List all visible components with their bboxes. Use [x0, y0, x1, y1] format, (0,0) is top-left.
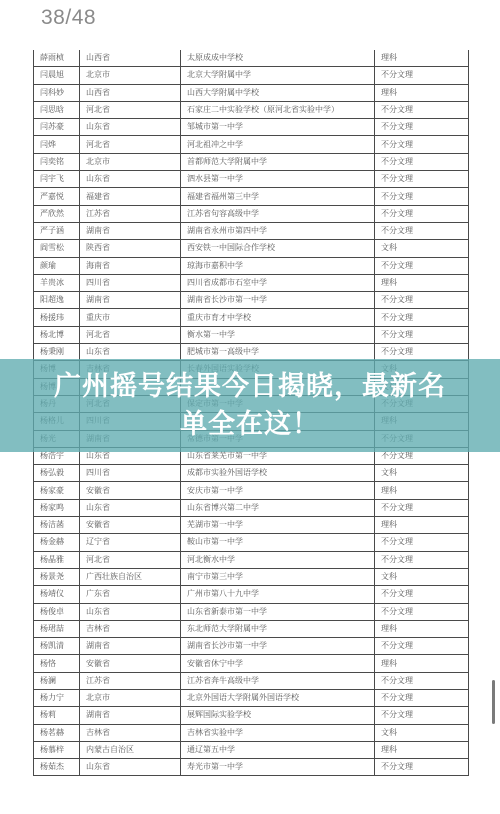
cell-track: 理科	[375, 741, 469, 758]
table-row: 杨晶雅河北省河北衡水中学不分文理	[34, 551, 469, 568]
cell-name: 闫科妙	[34, 84, 80, 101]
cell-name: 闫烨	[34, 136, 80, 153]
cell-province: 安徽省	[80, 517, 181, 534]
table-row: 颜瑜海南省琼海市嘉积中学不分文理	[34, 257, 469, 274]
table-row: 杨茹杰山东省寿光市第一中学不分文理	[34, 759, 469, 776]
cell-name: 杨北博	[34, 326, 80, 343]
cell-school: 山东省博兴第二中学	[181, 499, 375, 516]
table-row: 杨北博河北省衡水第一中学不分文理	[34, 326, 469, 343]
cell-track: 不分文理	[375, 119, 469, 136]
table-row: 杨景尧广西壮族自治区南宁市第三中学文科	[34, 568, 469, 585]
cell-school: 湖南省长沙市第一中学	[181, 292, 375, 309]
table-row: 杨恪安徽省安徽省休宁中学理科	[34, 655, 469, 672]
cell-province: 湖南省	[80, 292, 181, 309]
table-row: 严欣然江苏省江苏省句容高级中学不分文理	[34, 205, 469, 222]
cell-school: 西安铁一中国际合作学校	[181, 240, 375, 257]
cell-province: 海南省	[80, 257, 181, 274]
cell-province: 陕西省	[80, 240, 181, 257]
cell-province: 山东省	[80, 119, 181, 136]
cell-school: 琼海市嘉积中学	[181, 257, 375, 274]
cell-track: 不分文理	[375, 153, 469, 170]
cell-school: 寿光市第一中学	[181, 759, 375, 776]
cell-track: 不分文理	[375, 171, 469, 188]
cell-school: 泗水县第一中学	[181, 171, 375, 188]
cell-province: 北京市	[80, 689, 181, 706]
cell-track: 不分文理	[375, 292, 469, 309]
cell-province: 河北省	[80, 101, 181, 118]
cell-province: 四川省	[80, 465, 181, 482]
cell-track: 不分文理	[375, 136, 469, 153]
cell-name: 阎雪松	[34, 240, 80, 257]
cell-school: 太原成成中学校	[181, 50, 375, 67]
cell-province: 重庆市	[80, 309, 181, 326]
page-indicator: 38/48	[41, 6, 96, 30]
table-row: 杨靖仪广东省广州市第八十九中学不分文理	[34, 586, 469, 603]
cell-province: 辽宁省	[80, 534, 181, 551]
cell-name: 杨俊卓	[34, 603, 80, 620]
cell-province: 山西省	[80, 50, 181, 67]
table-row: 阳超逸湖南省湖南省长沙市第一中学不分文理	[34, 292, 469, 309]
table-row: 闫晨旭北京市北京大学附属中学不分文理	[34, 67, 469, 84]
cell-province: 湖南省	[80, 638, 181, 655]
cell-name: 薛雨桢	[34, 50, 80, 67]
cell-school: 江苏省句容高级中学	[181, 205, 375, 222]
cell-name: 杨力宁	[34, 689, 80, 706]
cell-province: 四川省	[80, 274, 181, 291]
table-row: 闫思晗河北省石家庄二中实验学校（原河北省实验中学）不分文理	[34, 101, 469, 118]
cell-province: 湖南省	[80, 222, 181, 239]
cell-province: 江苏省	[80, 672, 181, 689]
table-row: 杨凯清湖南省湖南省长沙市第一中学不分文理	[34, 638, 469, 655]
cell-name: 杨茹杰	[34, 759, 80, 776]
cell-track: 文科	[375, 240, 469, 257]
table-row: 杨澜江苏省江苏省奔牛高级中学不分文理	[34, 672, 469, 689]
cell-province: 湖南省	[80, 707, 181, 724]
cell-school: 衡水第一中学	[181, 326, 375, 343]
table-row: 杨莉湖南省展辉国际实验学校不分文理	[34, 707, 469, 724]
cell-province: 安徽省	[80, 482, 181, 499]
cell-school: 北京外国语大学附属外国语学校	[181, 689, 375, 706]
table-row: 杨洁菡安徽省芜湖市第一中学理科	[34, 517, 469, 534]
cell-name: 杨慕梓	[34, 741, 80, 758]
cell-name: 闫宇飞	[34, 171, 80, 188]
cell-name: 颜瑜	[34, 257, 80, 274]
headline-text: 广州摇号结果今日揭晓，最新名单全在这！	[50, 368, 450, 444]
cell-province: 吉林省	[80, 724, 181, 741]
cell-school: 四川省成都市石室中学	[181, 274, 375, 291]
cell-school: 安庆市第一中学	[181, 482, 375, 499]
cell-track: 不分文理	[375, 67, 469, 84]
cell-track: 不分文理	[375, 326, 469, 343]
cell-name: 严嘉悦	[34, 188, 80, 205]
cell-school: 重庆市育才中学校	[181, 309, 375, 326]
cell-province: 山西省	[80, 84, 181, 101]
table-row: 杨家豪安徽省安庆市第一中学理科	[34, 482, 469, 499]
cell-school: 邹城市第一中学	[181, 119, 375, 136]
cell-province: 北京市	[80, 153, 181, 170]
table-row: 杨弘毅四川省成都市实验外国语学校文科	[34, 465, 469, 482]
cell-name: 杨澜	[34, 672, 80, 689]
cell-track: 理科	[375, 517, 469, 534]
cell-name: 闫晨旭	[34, 67, 80, 84]
cell-name: 杨家豪	[34, 482, 80, 499]
cell-track: 不分文理	[375, 603, 469, 620]
cell-track: 理科	[375, 84, 469, 101]
cell-name: 杨靖仪	[34, 586, 80, 603]
cell-school: 河北衡水中学	[181, 551, 375, 568]
cell-province: 安徽省	[80, 655, 181, 672]
cell-name: 闫思晗	[34, 101, 80, 118]
cell-track: 文科	[375, 465, 469, 482]
table-row: 闫奕铭北京市首都师范大学附属中学不分文理	[34, 153, 469, 170]
cell-name: 杨莉	[34, 707, 80, 724]
cell-track: 不分文理	[375, 707, 469, 724]
table-row: 严嘉悦福建省福建省福州第三中学不分文理	[34, 188, 469, 205]
cell-school: 河北祖冲之中学	[181, 136, 375, 153]
cell-track: 不分文理	[375, 205, 469, 222]
vertical-scrollbar[interactable]	[492, 680, 495, 724]
cell-school: 南宁市第三中学	[181, 568, 375, 585]
cell-province: 山东省	[80, 759, 181, 776]
cell-name: 杨茗赫	[34, 724, 80, 741]
table-row: 杨慕梓内蒙古自治区通辽第五中学理科	[34, 741, 469, 758]
cell-province: 吉林省	[80, 620, 181, 637]
table-row: 杨力宁北京市北京外国语大学附属外国语学校不分文理	[34, 689, 469, 706]
cell-school: 吉林省实验中学	[181, 724, 375, 741]
cell-name: 阳超逸	[34, 292, 80, 309]
cell-school: 福建省福州第三中学	[181, 188, 375, 205]
cell-school: 展辉国际实验学校	[181, 707, 375, 724]
cell-province: 广东省	[80, 586, 181, 603]
cell-school: 山东省新泰市第一中学	[181, 603, 375, 620]
cell-school: 成都市实验外国语学校	[181, 465, 375, 482]
cell-track: 不分文理	[375, 188, 469, 205]
table-row: 闫科妙山西省山西大学附属中学校理科	[34, 84, 469, 101]
cell-track: 理科	[375, 274, 469, 291]
cell-name: 杨景尧	[34, 568, 80, 585]
cell-school: 湖南省永州市第四中学	[181, 222, 375, 239]
cell-name: 羊贵冰	[34, 274, 80, 291]
cell-province: 北京市	[80, 67, 181, 84]
cell-name: 杨金赫	[34, 534, 80, 551]
cell-track: 理科	[375, 655, 469, 672]
cell-province: 河北省	[80, 136, 181, 153]
cell-track: 不分文理	[375, 257, 469, 274]
cell-track: 不分文理	[375, 499, 469, 516]
cell-track: 不分文理	[375, 551, 469, 568]
table-row: 杨家鸣山东省山东省博兴第二中学不分文理	[34, 499, 469, 516]
cell-track: 不分文理	[375, 672, 469, 689]
cell-track: 不分文理	[375, 759, 469, 776]
table-row: 薛雨桢山西省太原成成中学校理科	[34, 50, 469, 67]
cell-track: 不分文理	[375, 638, 469, 655]
cell-track: 不分文理	[375, 586, 469, 603]
cell-name: 杨珺喆	[34, 620, 80, 637]
cell-track: 不分文理	[375, 534, 469, 551]
headline-banner: 广州摇号结果今日揭晓，最新名单全在这！	[0, 359, 500, 452]
cell-province: 河北省	[80, 551, 181, 568]
cell-name: 杨援玮	[34, 309, 80, 326]
table-row: 阎雪松陕西省西安铁一中国际合作学校文科	[34, 240, 469, 257]
cell-track: 理科	[375, 50, 469, 67]
cell-school: 石家庄二中实验学校（原河北省实验中学）	[181, 101, 375, 118]
cell-name: 杨凯清	[34, 638, 80, 655]
table-row: 杨金赫辽宁省鞍山市第一中学不分文理	[34, 534, 469, 551]
cell-school: 山西大学附属中学校	[181, 84, 375, 101]
table-row: 杨茗赫吉林省吉林省实验中学文科	[34, 724, 469, 741]
cell-province: 山东省	[80, 603, 181, 620]
cell-name: 严子涵	[34, 222, 80, 239]
cell-school: 安徽省休宁中学	[181, 655, 375, 672]
cell-province: 广西壮族自治区	[80, 568, 181, 585]
table-row: 闫苏豪山东省邹城市第一中学不分文理	[34, 119, 469, 136]
table-row: 杨俊卓山东省山东省新泰市第一中学不分文理	[34, 603, 469, 620]
cell-school: 广州市第八十九中学	[181, 586, 375, 603]
cell-track: 理科	[375, 620, 469, 637]
cell-school: 北京大学附属中学	[181, 67, 375, 84]
cell-name: 杨恪	[34, 655, 80, 672]
cell-track: 文科	[375, 568, 469, 585]
cell-school: 首都师范大学附属中学	[181, 153, 375, 170]
cell-name: 闫奕铭	[34, 153, 80, 170]
cell-name: 杨弘毅	[34, 465, 80, 482]
cell-province: 内蒙古自治区	[80, 741, 181, 758]
cell-track: 理科	[375, 482, 469, 499]
table-row: 杨援玮重庆市重庆市育才中学校不分文理	[34, 309, 469, 326]
cell-school: 湖南省长沙市第一中学	[181, 638, 375, 655]
cell-name: 杨洁菡	[34, 517, 80, 534]
cell-track: 不分文理	[375, 689, 469, 706]
cell-province: 山东省	[80, 499, 181, 516]
cell-province: 河北省	[80, 326, 181, 343]
cell-name: 杨晶雅	[34, 551, 80, 568]
table-row: 严子涵湖南省湖南省永州市第四中学不分文理	[34, 222, 469, 239]
cell-school: 通辽第五中学	[181, 741, 375, 758]
cell-school: 芜湖市第一中学	[181, 517, 375, 534]
cell-name: 严欣然	[34, 205, 80, 222]
cell-track: 不分文理	[375, 309, 469, 326]
cell-school: 东北师范大学附属中学	[181, 620, 375, 637]
cell-school: 鞍山市第一中学	[181, 534, 375, 551]
table-row: 闫烨河北省河北祖冲之中学不分文理	[34, 136, 469, 153]
cell-province: 福建省	[80, 188, 181, 205]
cell-name: 杨家鸣	[34, 499, 80, 516]
cell-track: 不分文理	[375, 101, 469, 118]
cell-name: 闫苏豪	[34, 119, 80, 136]
table-row: 杨珺喆吉林省东北师范大学附属中学理科	[34, 620, 469, 637]
cell-school: 江苏省奔牛高级中学	[181, 672, 375, 689]
cell-track: 文科	[375, 724, 469, 741]
table-row: 羊贵冰四川省四川省成都市石室中学理科	[34, 274, 469, 291]
cell-track: 不分文理	[375, 222, 469, 239]
cell-province: 山东省	[80, 171, 181, 188]
table-row: 闫宇飞山东省泗水县第一中学不分文理	[34, 171, 469, 188]
cell-province: 江苏省	[80, 205, 181, 222]
